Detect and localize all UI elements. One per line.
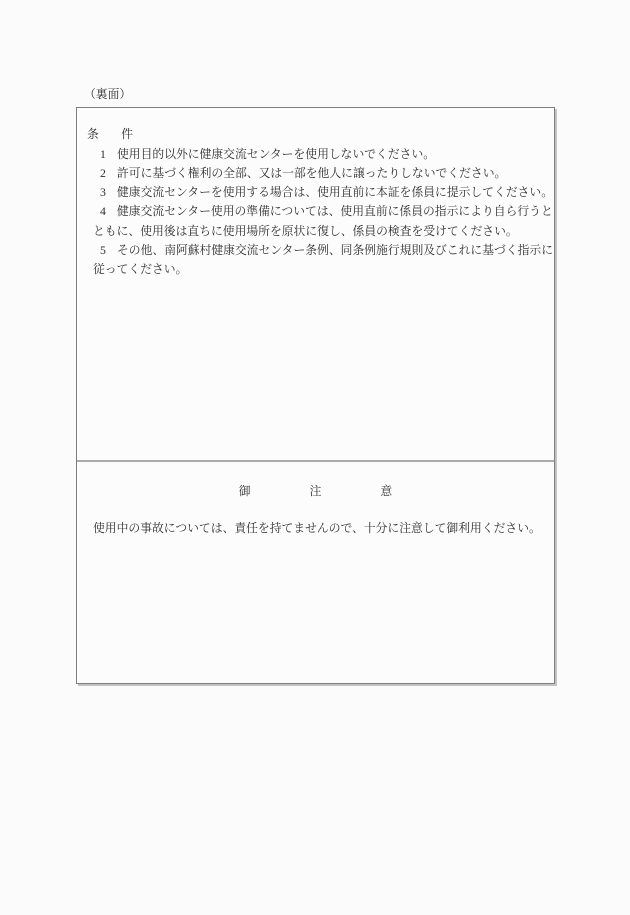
condition-item-3: 3健康交流センターを使用する場合は、使用直前に本証を係員に提示してください。 — [77, 183, 554, 202]
condition-item-4: 4健康交流センター使用の準備については、使用直前に係員の指示により自ら行うと — [77, 202, 554, 221]
page-side-label: （裏面） — [84, 85, 131, 102]
condition-text: ともに、使用後は直ちに使用場所を原状に復し、係員の検査を受けてください。 — [93, 224, 518, 238]
notice-body: 使用中の事故については、責任を持てませんので、十分に注意して御利用ください。 — [93, 519, 541, 536]
condition-text: 健康交流センターを使用する場合は、使用直前に本証を係員に提示してください。 — [117, 185, 553, 199]
condition-text: 従ってください。 — [93, 262, 187, 276]
condition-item-1: 1使用目的以外に健康交流センターを使用しないでください。 — [77, 145, 554, 164]
section-divider — [77, 460, 554, 462]
condition-item-5: 5その他、南阿蘇村健康交流センター条例、同条例施行規則及びこれに基づく指示に — [77, 241, 554, 260]
condition-number: 3 — [100, 183, 117, 202]
conditions-heading: 条件 — [87, 125, 155, 142]
document-page: （裏面） 条件 1使用目的以外に健康交流センターを使用しないでください。 2許可… — [0, 0, 630, 915]
condition-text: その他、南阿蘇村健康交流センター条例、同条例施行規則及びこれに基づく指示に — [117, 243, 553, 257]
condition-number: 5 — [100, 241, 117, 260]
condition-item-4-continuation: ともに、使用後は直ちに使用場所を原状に復し、係員の検査を受けてください。 — [77, 222, 554, 241]
condition-number: 1 — [100, 145, 117, 164]
conditions-notice-box: 条件 1使用目的以外に健康交流センターを使用しないでください。 2許可に基づく権… — [76, 107, 555, 684]
condition-text: 使用目的以外に健康交流センターを使用しないでください。 — [117, 147, 435, 161]
condition-item-5-continuation: 従ってください。 — [77, 260, 554, 279]
condition-text: 健康交流センター使用の準備については、使用直前に係員の指示により自ら行うと — [117, 204, 553, 218]
condition-number: 4 — [100, 202, 117, 221]
condition-item-2: 2許可に基づく権利の全部、又は一部を他人に譲ったりしないでください。 — [77, 164, 554, 183]
notice-heading: 御注意 — [77, 482, 554, 499]
condition-number: 2 — [100, 164, 117, 183]
condition-text: 許可に基づく権利の全部、又は一部を他人に譲ったりしないでください。 — [117, 166, 506, 180]
conditions-list: 1使用目的以外に健康交流センターを使用しないでください。 2許可に基づく権利の全… — [77, 145, 554, 280]
